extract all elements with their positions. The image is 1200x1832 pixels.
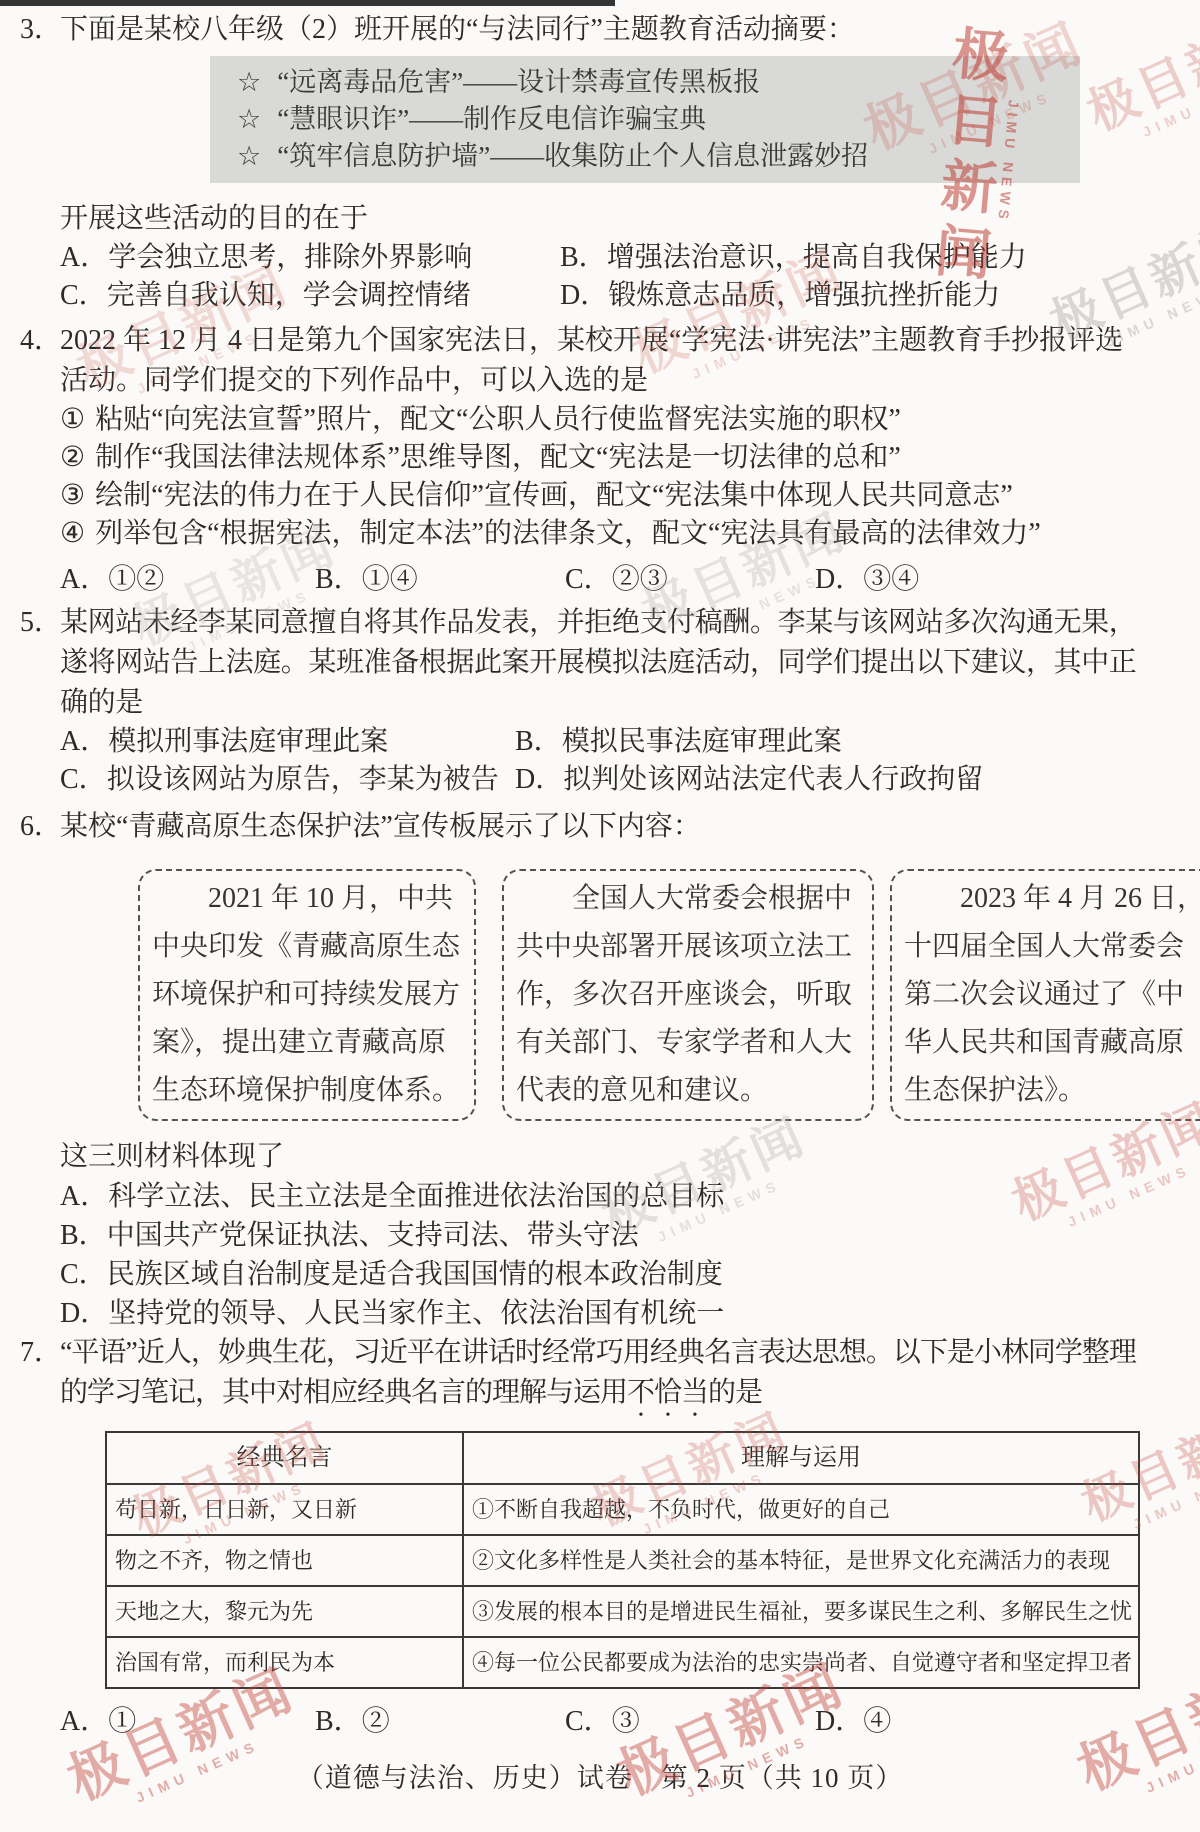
table-header-quote: 经典名言 (106, 1432, 463, 1484)
question-5-stem: 某网站未经李某同意擅自将其作品发表，并拒绝支付稿酬。李某与该网站多次沟通无果，遂… (60, 603, 1140, 723)
option-text: ①② (108, 564, 164, 595)
option-label: D． (815, 1706, 863, 1737)
option-text: 锻炼意志品质，增强抗挫折能力 (608, 280, 1000, 311)
option-label: C． (565, 1706, 612, 1737)
option-label: A． (60, 1181, 108, 1212)
question-4-options-row: A．①② B．①④ C．②③ D．③④ (60, 561, 1140, 599)
option-label: B． (60, 1220, 107, 1251)
option-label: C． (60, 280, 107, 311)
option-text: 增强法治意识，提高自我保护能力 (607, 242, 1027, 273)
question-6-prompt: 这三则材料体现了 (60, 1137, 1140, 1177)
emphasized-text: 不恰当 (627, 1377, 708, 1408)
question-4: 4． 2022 年 12 月 4 日是第九个国家宪法日，某校开展“学宪法·讲宪法… (0, 321, 1200, 599)
question-5-number: 5． (20, 603, 62, 643)
option-label: B． (315, 564, 362, 595)
option-c: C．民族区域自治制度是适合我国国情的根本政治制度 (60, 1255, 1140, 1294)
understanding-cell: ①不断自我超越，不负时代，做更好的自己 (463, 1484, 1139, 1535)
question-4-item-4: ④列举包含“根据宪法，制定本法”的法律条文，配文“宪法具有最高的法律效力” (60, 515, 1140, 553)
option-label: C． (565, 564, 612, 595)
activity-item: ☆“筑牢信息防护墙”——收集防止个人信息泄露妙招 (237, 138, 1053, 175)
option-c: C．完善自我认知，学会调控情绪 (60, 277, 560, 315)
option-text: 中国共产党保证执法、支持司法、带头守法 (107, 1220, 639, 1251)
activity-item-text: “筑牢信息防护墙”——收集防止个人信息泄露妙招 (277, 141, 868, 171)
option-b: B．①④ (315, 561, 565, 599)
question-6-stem: 某校“青藏高原生态保护法”宣传板展示了以下内容： (60, 807, 1140, 847)
quote-cell: 苟日新，日日新，又日新 (106, 1484, 463, 1535)
option-label: B． (560, 242, 607, 273)
option-a: A．模拟刑事法庭审理此案 (60, 723, 515, 761)
option-c: C．拟设该网站为原告，李某为被告 (60, 761, 515, 799)
table-row: 治国有常，而利民为本 ④每一位公民都要成为法治的忠实崇尚者、自觉遵守者和坚定捍卫… (106, 1637, 1139, 1688)
activity-item-text: “慧眼识诈”——制作反电信诈骗宝典 (277, 104, 706, 134)
question-3-options-row-1: A．学会独立思考，排除外界影响 B．增强法治意识，提高自我保护能力 (60, 239, 1140, 277)
table-header-understanding: 理解与运用 (463, 1432, 1139, 1484)
material-text: 2021 年 10 月，中共中央印发《青藏高原生态环境保护和可持续发展方案》，提… (152, 875, 462, 1115)
exam-paper-page: 3． 下面是某校八年级（2）班开展的“与法同行”主题教育活动摘要： ☆“远离毒品… (0, 0, 1200, 1832)
understanding-cell: ④每一位公民都要成为法治的忠实崇尚者、自觉遵守者和坚定捍卫者 (463, 1637, 1139, 1688)
star-icon: ☆ (237, 101, 261, 138)
item-label: ③ (60, 480, 85, 511)
option-c: C．②③ (565, 561, 815, 599)
option-text: ② (362, 1706, 390, 1737)
option-text: 坚持党的领导、人民当家作主、依法治国有机统一 (108, 1298, 724, 1329)
option-text: ① (108, 1706, 136, 1737)
item-text: 粘贴“向宪法宣誓”照片，配文“公职人员行使监督宪法实施的职权” (95, 404, 901, 435)
option-label: D． (815, 564, 863, 595)
stem-text: “平语”近人，妙典生花，习近平在讲话时经常巧用经典名言表达思想。以下是小林同学整… (60, 1337, 1136, 1408)
question-4-item-2: ②制作“我国法律法规体系”思维导图，配文“宪法是一切法律的总和” (60, 439, 1140, 477)
item-label: ④ (60, 518, 85, 549)
option-text: ④ (863, 1706, 891, 1737)
option-text: ②③ (612, 564, 668, 595)
q7-table: 经典名言 理解与运用 苟日新，日日新，又日新 ①不断自我超越，不负时代，做更好的… (105, 1431, 1140, 1689)
quote-cell: 天地之大，黎元为先 (106, 1586, 463, 1637)
option-a: A．①② (60, 561, 315, 599)
page-content: 3． 下面是某校八年级（2）班开展的“与法同行”主题教育活动摘要： ☆“远离毒品… (0, 10, 1200, 1741)
question-7: 7． “平语”近人，妙典生花，习近平在讲话时经常巧用经典名言表达思想。以下是小林… (0, 1333, 1200, 1741)
option-label: A． (60, 242, 108, 273)
item-text: 绘制“宪法的伟力在于人民信仰”宣传画，配文“宪法集中体现人民共同意志” (95, 480, 1013, 511)
question-7-number: 7． (20, 1333, 62, 1373)
question-5-options-row-2: C．拟设该网站为原告，李某为被告 D．拟判处该网站法定代表人行政拘留 (60, 761, 1140, 799)
option-d: D．坚持党的领导、人民当家作主、依法治国有机统一 (60, 1294, 1140, 1333)
question-3: 3． 下面是某校八年级（2）班开展的“与法同行”主题教育活动摘要： ☆“远离毒品… (0, 10, 1200, 315)
question-3-stem: 下面是某校八年级（2）班开展的“与法同行”主题教育活动摘要： (60, 10, 1140, 50)
question-5: 5． 某网站未经李某同意擅自将其作品发表，并拒绝支付稿酬。李某与该网站多次沟通无… (0, 603, 1200, 799)
stem-text: 的是 (708, 1377, 762, 1408)
option-a: A．① (60, 1703, 315, 1741)
question-4-number: 4． (20, 321, 62, 361)
question-7-stem: “平语”近人，妙典生花，习近平在讲话时经常巧用经典名言表达思想。以下是小林同学整… (60, 1333, 1140, 1423)
material-boxes: 2021 年 10 月，中共中央印发《青藏高原生态环境保护和可持续发展方案》，提… (60, 869, 1140, 1121)
question-4-item-1: ①粘贴“向宪法宣誓”照片，配文“公职人员行使监督宪法实施的职权” (60, 401, 1140, 439)
activity-item-text: “远离毒品危害”——设计禁毒宣传黑板报 (277, 67, 760, 97)
option-a: A．学会独立思考，排除外界影响 (60, 239, 560, 277)
option-text: ①④ (362, 564, 418, 595)
understanding-cell: ②文化多样性是人类社会的基本特征，是世界文化充满活力的表现 (463, 1535, 1139, 1586)
option-text: 科学立法、民主立法是全面推进依法治国的总目标 (108, 1181, 724, 1212)
activity-item: ☆“慧眼识诈”——制作反电信诈骗宝典 (237, 101, 1053, 138)
option-label: A． (60, 564, 108, 595)
option-label: C． (60, 764, 107, 795)
option-text: 民族区域自治制度是适合我国国情的根本政治制度 (107, 1259, 723, 1290)
question-4-stem: 2022 年 12 月 4 日是第九个国家宪法日，某校开展“学宪法·讲宪法”主题… (60, 321, 1140, 401)
option-b: B．中国共产党保证执法、支持司法、带头守法 (60, 1216, 1140, 1255)
option-a: A．科学立法、民主立法是全面推进依法治国的总目标 (60, 1177, 1140, 1216)
activity-item: ☆“远离毒品危害”——设计禁毒宣传黑板报 (237, 64, 1053, 101)
option-label: A． (60, 1706, 108, 1737)
option-d: D．拟判处该网站法定代表人行政拘留 (515, 761, 983, 799)
question-3-number: 3． (20, 10, 62, 50)
question-4-item-3: ③绘制“宪法的伟力在于人民信仰”宣传画，配文“宪法集中体现人民共同意志” (60, 477, 1140, 515)
option-c: C．③ (565, 1703, 815, 1741)
option-text: 拟设该网站为原告，李某为被告 (107, 764, 499, 795)
material-text: 2023 年 4 月 26 日，十四届全国人大常委会第二次会议通过了《中华人民共… (904, 875, 1200, 1115)
question-3-options-row-2: C．完善自我认知，学会调控情绪 D．锻炼意志品质，增强抗挫折能力 (60, 277, 1140, 315)
option-b: B．② (315, 1703, 565, 1741)
star-icon: ☆ (237, 64, 261, 101)
item-text: 制作“我国法律法规体系”思维导图，配文“宪法是一切法律的总和” (95, 442, 901, 473)
activity-summary-box: ☆“远离毒品危害”——设计禁毒宣传黑板报 ☆“慧眼识诈”——制作反电信诈骗宝典 … (210, 56, 1080, 183)
question-6: 6． 某校“青藏高原生态保护法”宣传板展示了以下内容： 2021 年 10 月，… (0, 807, 1200, 1333)
star-icon: ☆ (237, 138, 261, 175)
option-text: 拟判处该网站法定代表人行政拘留 (563, 764, 983, 795)
option-text: 学会独立思考，排除外界影响 (108, 242, 472, 273)
option-label: D． (515, 764, 563, 795)
table-row: 苟日新，日日新，又日新 ①不断自我超越，不负时代，做更好的自己 (106, 1484, 1139, 1535)
item-text: 列举包含“根据宪法，制定本法”的法律条文，配文“宪法具有最高的法律效力” (95, 518, 1041, 549)
quote-cell: 物之不齐，物之情也 (106, 1535, 463, 1586)
question-6-number: 6． (20, 807, 62, 847)
item-label: ② (60, 442, 85, 473)
material-box-3: 2023 年 4 月 26 日，十四届全国人大常委会第二次会议通过了《中华人民共… (890, 869, 1200, 1121)
option-label: D． (60, 1298, 108, 1329)
table-row: 物之不齐，物之情也 ②文化多样性是人类社会的基本特征，是世界文化充满活力的表现 (106, 1535, 1139, 1586)
material-box-1: 2021 年 10 月，中共中央印发《青藏高原生态环境保护和可持续发展方案》，提… (138, 869, 476, 1121)
quote-cell: 治国有常，而利民为本 (106, 1637, 463, 1688)
material-text: 全国人大常委会根据中共中央部署开展该项立法工作，多次召开座谈会，听取有关部门、专… (516, 875, 860, 1115)
option-d: D．锻炼意志品质，增强抗挫折能力 (560, 277, 1000, 315)
page-footer: （道德与法治、历史）试卷 第 2 页（共 10 页） (0, 1756, 1200, 1795)
option-b: B．增强法治意识，提高自我保护能力 (560, 239, 1027, 277)
understanding-cell: ③发展的根本目的是增进民生福祉，要多谋民生之利、多解民生之忧 (463, 1586, 1139, 1637)
option-text: 模拟刑事法庭审理此案 (108, 726, 388, 757)
option-d: D．③④ (815, 561, 919, 599)
option-text: ③ (612, 1706, 640, 1737)
question-5-options-row-1: A．模拟刑事法庭审理此案 B．模拟民事法庭审理此案 (60, 723, 1140, 761)
option-label: C． (60, 1259, 107, 1290)
option-text: 模拟民事法庭审理此案 (562, 726, 842, 757)
option-text: 完善自我认知，学会调控情绪 (107, 280, 471, 311)
option-b: B．模拟民事法庭审理此案 (515, 723, 842, 761)
option-label: B． (515, 726, 562, 757)
option-label: B． (315, 1706, 362, 1737)
question-7-options-row: A．① B．② C．③ D．④ (60, 1703, 1140, 1741)
table-header-row: 经典名言 理解与运用 (106, 1432, 1139, 1484)
question-3-prompt: 开展这些活动的目的在于 (60, 199, 1140, 239)
option-text: ③④ (863, 564, 919, 595)
material-box-2: 全国人大常委会根据中共中央部署开展该项立法工作，多次召开座谈会，听取有关部门、专… (502, 869, 874, 1121)
option-d: D．④ (815, 1703, 891, 1741)
table-row: 天地之大，黎元为先 ③发展的根本目的是增进民生福祉，要多谋民生之利、多解民生之忧 (106, 1586, 1139, 1637)
item-label: ① (60, 404, 85, 435)
scan-artifact-bar (0, 0, 615, 6)
option-label: A． (60, 726, 108, 757)
option-label: D． (560, 280, 608, 311)
